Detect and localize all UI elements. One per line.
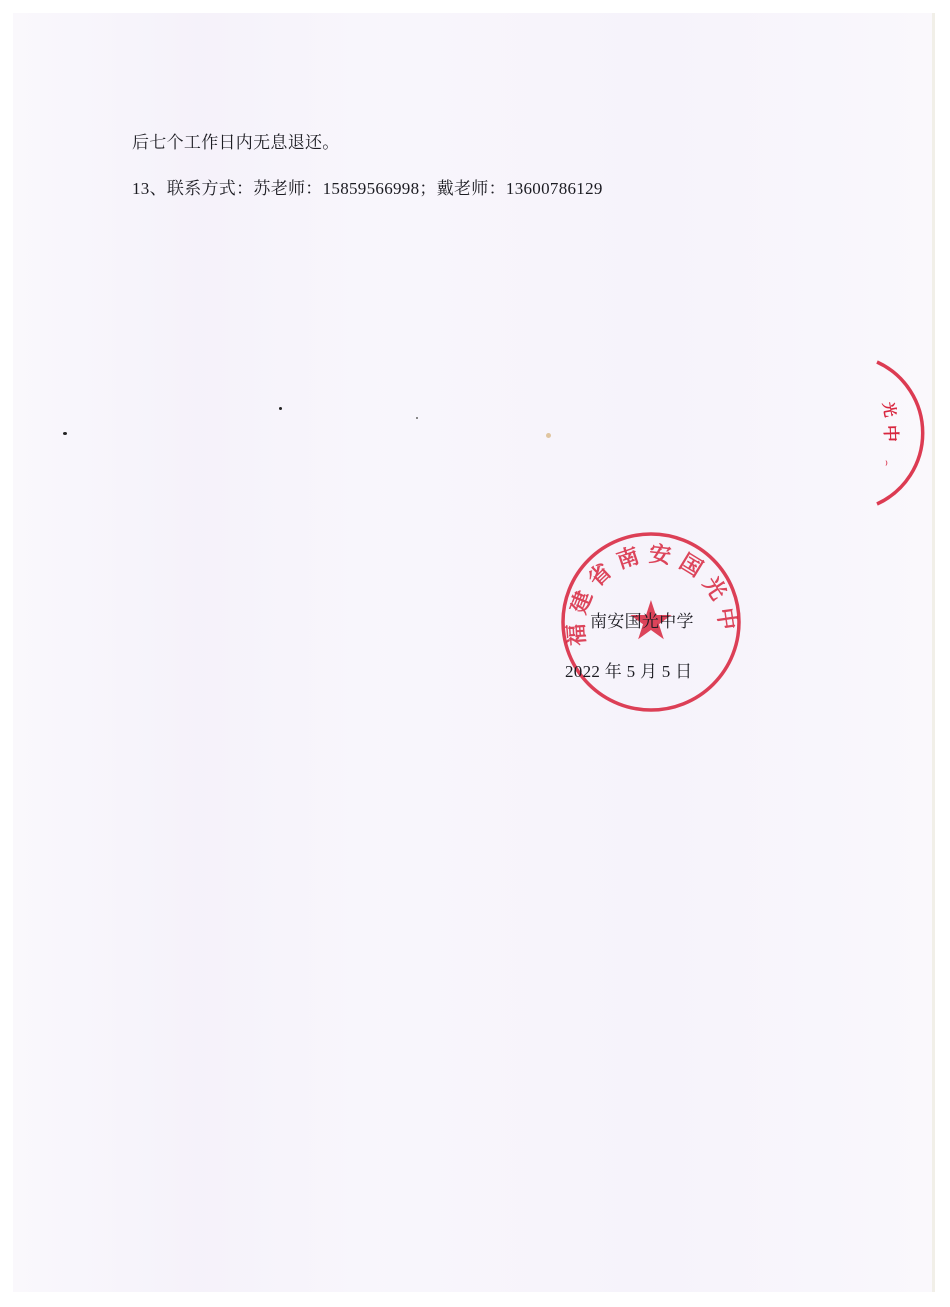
scan-speck bbox=[279, 407, 282, 410]
scan-stain bbox=[546, 433, 551, 438]
document-text-line-1: 后七个工作日内无息退还。 bbox=[132, 128, 340, 153]
scan-speck bbox=[63, 432, 67, 435]
signing-organization: 南安国光中学 bbox=[590, 607, 694, 632]
page-edge-shadow bbox=[932, 13, 935, 1292]
document-page bbox=[13, 13, 932, 1292]
signing-date: 2022 年 5 月 5 日 bbox=[565, 657, 692, 682]
scan-speck bbox=[416, 417, 418, 419]
contact-info-line: 13、联系方式：苏老师：15859566998；戴老师：13600786129 bbox=[132, 174, 603, 199]
